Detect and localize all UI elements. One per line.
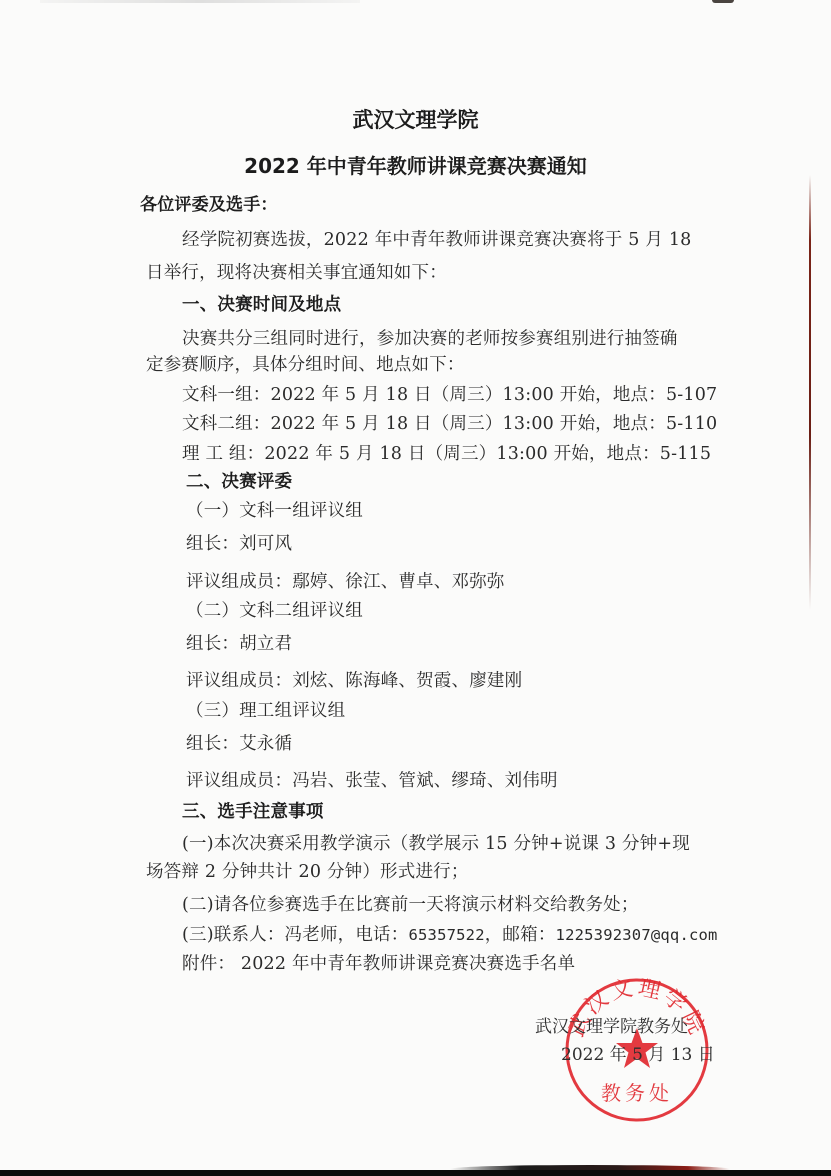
- section2-heading: 二、决赛评委: [186, 468, 292, 493]
- panel2-title: （二）文科二组评议组: [186, 597, 363, 622]
- contact-email-label: ，邮箱：: [485, 925, 556, 945]
- stamp-bottom-text: 教务处: [601, 1081, 673, 1105]
- scan-artifact-bottom-bar: [0, 1170, 831, 1176]
- section1-heading: 一、决赛时间及地点: [182, 291, 341, 316]
- panel1-title: （一）文科一组评议组: [186, 497, 363, 522]
- intro-line-2: 日举行，现将决赛相关事宜通知如下：: [146, 259, 447, 284]
- scan-artifact-top-right: [712, 0, 734, 3]
- contact-email: 1225392307@qq.com: [556, 926, 718, 944]
- panel1-leader: 组长：刘可风: [186, 530, 292, 555]
- section1-para-line-2: 定参赛顺序，具体分组时间、地点如下：: [146, 351, 465, 376]
- scan-artifact-top: [40, 0, 360, 3]
- notice-item1-line-2: 场答辩 2 分钟共计 20 分钟）形式进行；: [146, 858, 469, 883]
- panel1-members: 评议组成员：鄢婷、徐江、曹卓、邓弥弥: [186, 568, 505, 593]
- panel3-title: （三）理工组评议组: [186, 697, 345, 722]
- contact-phone: 65357522: [408, 926, 484, 944]
- notice-item1-line-1: (一)本次决赛采用教学演示（教学展示 15 分钟+说课 3 分钟+现: [182, 830, 690, 855]
- panel2-members: 评议组成员：刘炫、陈海峰、贺霞、廖建刚: [186, 667, 522, 692]
- notice-item3-contact: (三)联系人：冯老师，电话：65357522，邮箱：1225392307@qq.…: [182, 921, 718, 946]
- schedule-row-group1: 文科一组：2022 年 5 月 18 日（周三）13:00 开始，地点：5-10…: [182, 381, 717, 406]
- section1-para-line-1: 决赛共分三组同时进行，参加决赛的老师按参赛组别进行抽签确: [182, 325, 678, 350]
- signature-date: 2022 年 5 月 13 日: [561, 1040, 715, 1065]
- schedule-row-group2: 文科二组：2022 年 5 月 18 日（周三）13:00 开始，地点：5-11…: [182, 410, 717, 435]
- scanned-document-page: 武汉文理学院 2022 年中青年教师讲课竞赛决赛通知 各位评委及选手： 经学院初…: [0, 0, 831, 1176]
- scan-edge-line: [809, 175, 811, 610]
- panel3-members: 评议组成员：冯岩、张莹、管斌、缪琦、刘伟明: [186, 767, 558, 792]
- panel3-leader: 组长：艾永循: [186, 730, 292, 755]
- notice-title: 2022 年中青年教师讲课竞赛决赛通知: [0, 150, 831, 179]
- schedule-row-group3: 理 工 组：2022 年 5 月 18 日（周三）13:00 开始，地点：5-1…: [182, 440, 711, 465]
- intro-line-1: 经学院初赛选拔，2022 年中青年教师讲课竞赛决赛将于 5 月 18: [182, 226, 692, 251]
- salutation: 各位评委及选手：: [140, 190, 278, 215]
- institution-title: 武汉文理学院: [0, 104, 831, 134]
- signature-issuer: 武汉文理学院教务处: [535, 1012, 688, 1037]
- notice-item2: (二)请各位参赛选手在比赛前一天将演示材料交给教务处；: [182, 891, 639, 916]
- panel2-leader: 组长：胡立君: [186, 630, 292, 655]
- contact-prefix: (三)联系人：冯老师，电话：: [182, 925, 408, 945]
- section3-heading: 三、选手注意事项: [182, 798, 324, 823]
- attachment-line: 附件： 2022 年中青年教师讲课竞赛决赛选手名单: [182, 950, 575, 975]
